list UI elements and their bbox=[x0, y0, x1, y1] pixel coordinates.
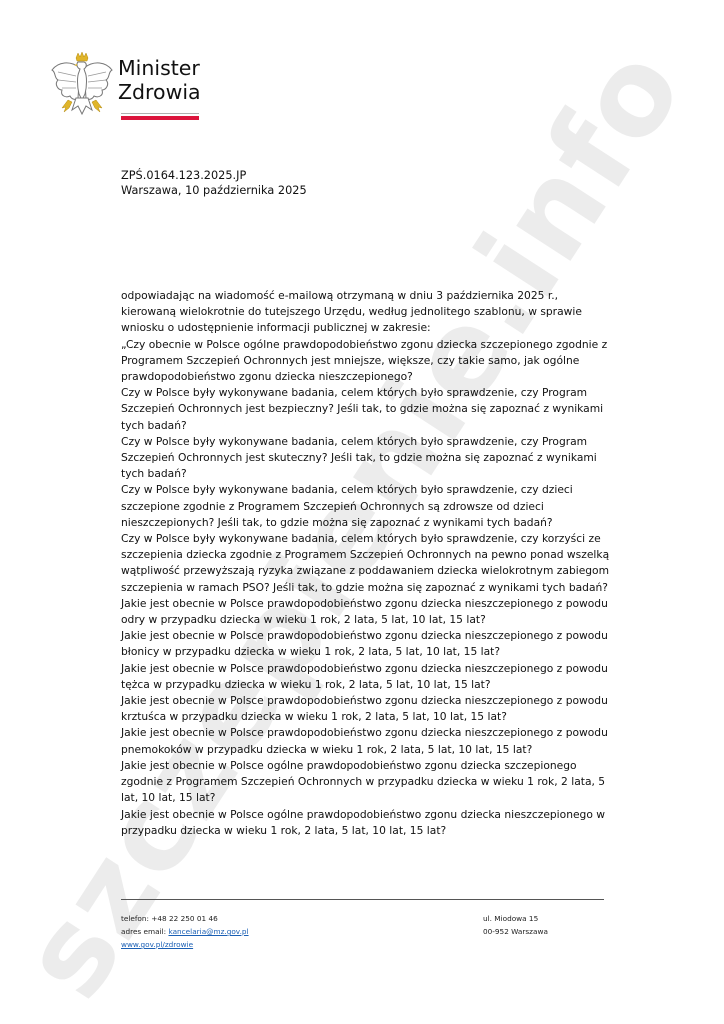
footer-postal-city: 00-952 Warszawa bbox=[483, 925, 548, 938]
footer-email-link[interactable]: kancelaria@mz.gov.pl bbox=[168, 927, 248, 936]
logo-divider-gray bbox=[121, 113, 199, 114]
ministry-name: Minister Zdrowia bbox=[118, 56, 201, 104]
footer-website-link[interactable]: www.gov.pl/zdrowie bbox=[121, 940, 193, 949]
question-paragraph: Jakie jest obecnie w Polsce prawdopodobi… bbox=[121, 596, 611, 628]
ministry-name-line2: Zdrowia bbox=[118, 80, 201, 104]
polish-eagle-icon bbox=[50, 52, 114, 122]
question-paragraph: Czy w Polsce były wykonywane badania, ce… bbox=[121, 434, 611, 483]
question-paragraph: Czy w Polsce były wykonywane badania, ce… bbox=[121, 482, 611, 531]
question-paragraph: Jakie jest obecnie w Polsce ogólne prawd… bbox=[121, 758, 611, 807]
question-paragraph: Jakie jest obecnie w Polsce ogólne prawd… bbox=[121, 807, 611, 839]
question-paragraph: Jakie jest obecnie w Polsce prawdopodobi… bbox=[121, 661, 611, 693]
question-paragraph: Czy w Polsce były wykonywane badania, ce… bbox=[121, 531, 611, 596]
question-paragraph: Jakie jest obecnie w Polsce prawdopodobi… bbox=[121, 628, 611, 660]
question-paragraph: Jakie jest obecnie w Polsce prawdopodobi… bbox=[121, 725, 611, 757]
footer-email-row: adres email: kancelaria@mz.gov.pl bbox=[121, 925, 249, 938]
question-paragraph: Jakie jest obecnie w Polsce prawdopodobi… bbox=[121, 693, 611, 725]
case-number: ZPŚ.0164.123.2025.JP bbox=[121, 168, 307, 183]
logo-divider-red bbox=[121, 116, 199, 120]
question-paragraph: Czy w Polsce były wykonywane badania, ce… bbox=[121, 385, 611, 434]
footer-phone: telefon: +48 22 250 01 46 bbox=[121, 912, 249, 925]
question-paragraph: „Czy obecnie w Polsce ogólne prawdopodob… bbox=[121, 337, 611, 386]
intro-paragraph: odpowiadając na wiadomość e-mailową otrz… bbox=[121, 288, 611, 337]
footer-street: ul. Miodowa 15 bbox=[483, 912, 548, 925]
letter-body: odpowiadając na wiadomość e-mailową otrz… bbox=[121, 288, 611, 839]
footer-contact: telefon: +48 22 250 01 46 adres email: k… bbox=[121, 912, 249, 951]
footer-email-label: adres email: bbox=[121, 927, 168, 936]
ministry-logo: Minister Zdrowia bbox=[50, 52, 210, 127]
place-date: Warszawa, 10 października 2025 bbox=[121, 183, 307, 198]
reference-block: ZPŚ.0164.123.2025.JP Warszawa, 10 paździ… bbox=[121, 168, 307, 198]
footer-divider bbox=[121, 899, 604, 900]
footer-address: ul. Miodowa 15 00-952 Warszawa bbox=[483, 912, 548, 938]
ministry-name-line1: Minister bbox=[118, 56, 201, 80]
